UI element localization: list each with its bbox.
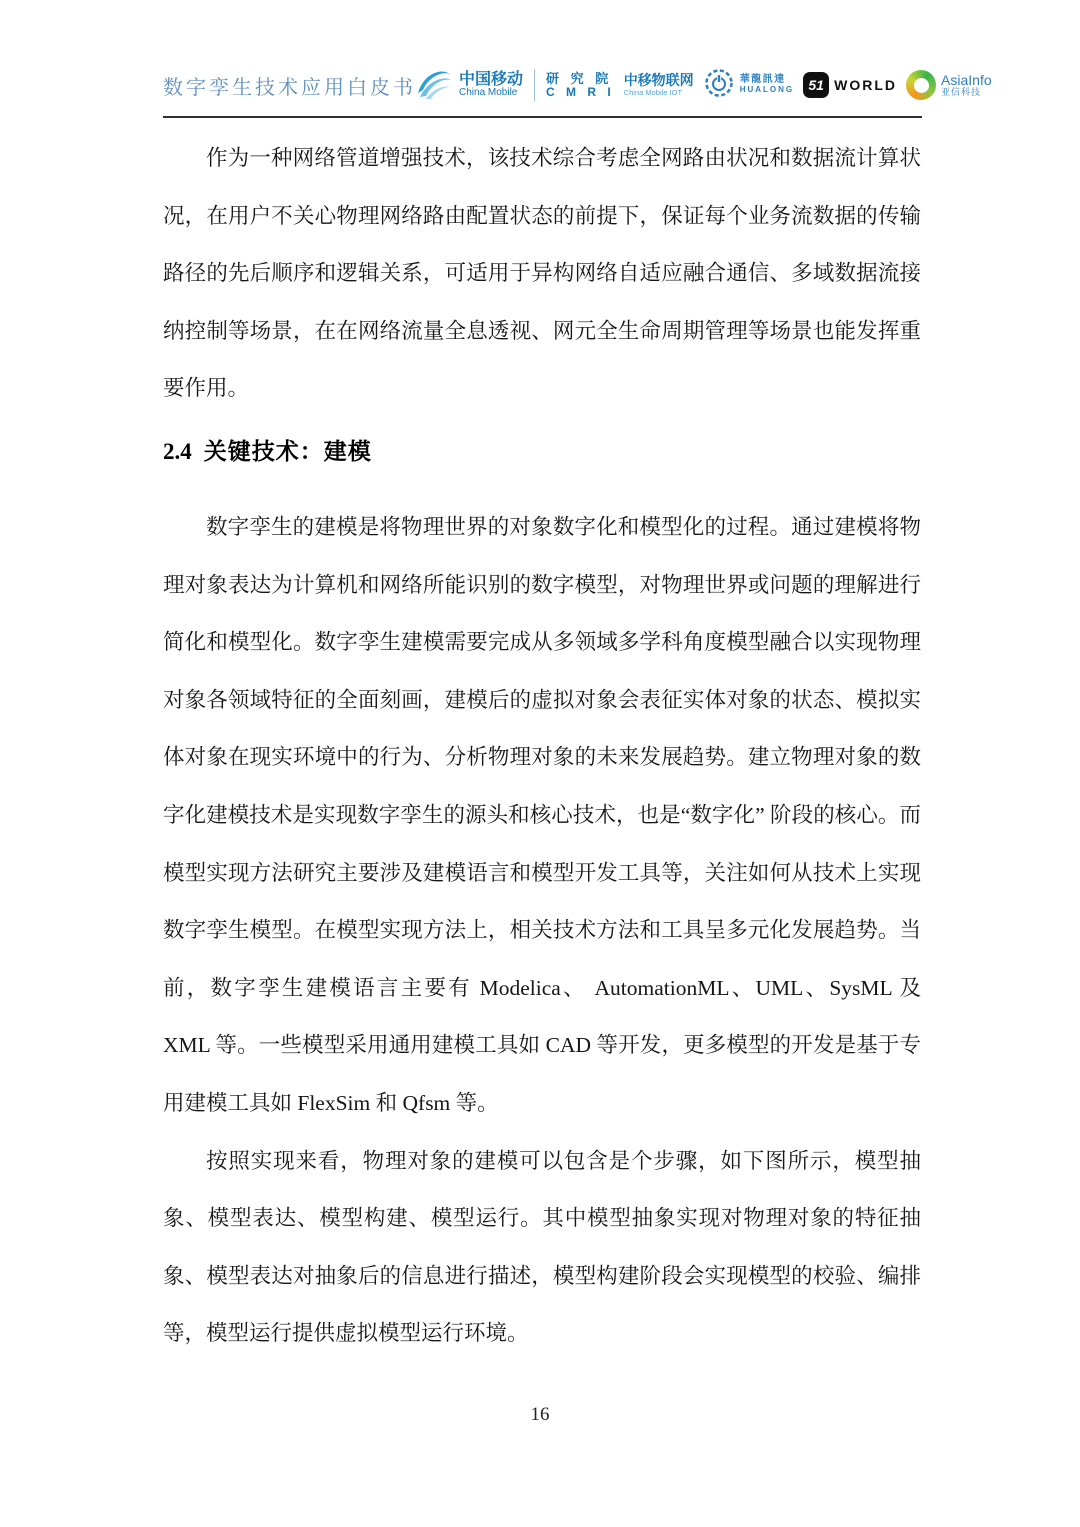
china-mobile-swoosh-icon	[416, 66, 454, 105]
cmri-en-label: C M R I	[546, 86, 615, 99]
asiainfo-logo: AsiaInfo 亚信科技	[906, 70, 992, 100]
china-mobile-logo: 中国移动 China Mobile	[416, 66, 523, 105]
partner-logos: 中国移动 China Mobile 研 究 院 C M R I 中移物联网 Ch…	[416, 66, 992, 105]
paragraph-modeling-steps: 按照实现来看，物理对象的建模可以包含是个步骤，如下图所示，模型抽象、模型表达、模…	[163, 1133, 921, 1363]
page-header: 数字孪生技术应用白皮书 中国移动 China Mobile	[163, 60, 922, 110]
asiainfo-en-label: AsiaInfo	[941, 73, 992, 88]
header-rule	[163, 116, 922, 118]
header-document-title: 数字孪生技术应用白皮书	[163, 71, 416, 100]
hualong-en-label: HUALONG	[740, 86, 794, 95]
document-page: 数字孪生技术应用白皮书 中国移动 China Mobile	[0, 0, 1080, 1527]
document-body: 作为一种网络管道增强技术，该技术综合考虑全网路由状况和数据流计算状况，在用户不关…	[163, 130, 921, 1363]
hualong-gear-icon	[703, 67, 735, 104]
hualong-logo: 華龍訊達 HUALONG	[703, 67, 794, 104]
cmiot-logo: 中移物联网 China Mobile IOT	[624, 73, 694, 96]
paragraph-modeling-overview: 数字孪生的建模是将物理世界的对象数字化和模型化的过程。通过建模将物理对象表达为计…	[163, 499, 921, 1133]
china-mobile-en-label: China Mobile	[459, 88, 523, 99]
section-number: 2.4	[163, 439, 192, 464]
section-heading-2-4: 2.4关键技术：建模	[163, 433, 921, 470]
section-title: 关键技术：建模	[204, 438, 372, 464]
cmiot-cn-label: 中移物联网	[624, 73, 694, 88]
paragraph-network-pipeline: 作为一种网络管道增强技术，该技术综合考虑全网路由状况和数据流计算状况，在用户不关…	[163, 130, 921, 418]
asiainfo-ring-icon	[906, 70, 936, 100]
page-number: 16	[0, 1404, 1080, 1426]
51world-word-label: WORLD	[834, 77, 897, 93]
cmiot-en-label: China Mobile IOT	[624, 89, 694, 97]
asiainfo-cn-label: 亚信科技	[941, 88, 992, 98]
cmri-cn-label: 研 究 院	[546, 72, 615, 86]
cmri-logo: 研 究 院 C M R I	[546, 72, 615, 99]
51world-logo: 51 WORLD	[803, 72, 897, 98]
51world-badge-icon: 51	[803, 72, 829, 98]
logo-divider	[534, 69, 535, 101]
china-mobile-cn-label: 中国移动	[459, 71, 523, 88]
